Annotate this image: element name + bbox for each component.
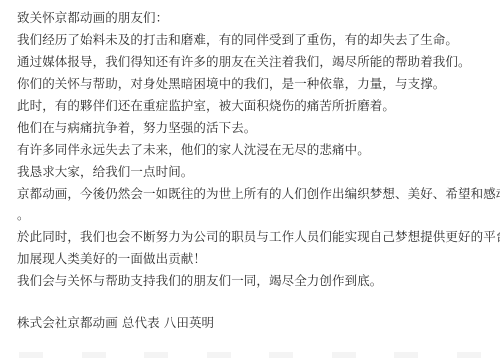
letter: 致关怀京都动画的朋友们： 我们经历了始料未及的打击和磨难，有的同伴受到了重伤，有… xyxy=(0,0,500,360)
letter-line: 我们经历了始料未及的打击和磨难，有的同伴受到了重伤，有的却失去了生命。 xyxy=(17,32,490,48)
letter-line: 加展现人类美好的一面做出贡献！ xyxy=(17,251,490,267)
letter-line: 於此同时，我们也会不断努力为公司的职员与工作人员们能实现自己梦想提供更好的平台，… xyxy=(17,229,490,245)
letter-line: 我们会与关怀与帮助支持我们的朋友们一同，竭尽全力创作到底。 xyxy=(17,273,490,289)
letter-line: 。 xyxy=(17,207,490,223)
letter-line: 京都动画，今後仍然会一如既往的为世上所有的人们创作出编织梦想、美好、希望和感动的… xyxy=(17,186,490,202)
letter-line: 通过媒体报导，我们得知还有许多的朋友在关注着我们，竭尽所能的帮助着我们。 xyxy=(17,54,490,70)
letter-greeting: 致关怀京都动画的朋友们： xyxy=(17,10,490,26)
letter-line: 有许多同伴永远失去了未来，他们的家人沈浸在无尽的悲痛中。 xyxy=(17,142,490,158)
faint-divider xyxy=(0,352,500,360)
letter-line: 他们在与病痛抗争着，努力坚强的活下去。 xyxy=(17,120,490,136)
letter-line: 我恳求大家，给我们一点时间。 xyxy=(17,164,490,180)
letter-line: 你们的关怀与帮助，对身处黑暗困境中的我们，是一种依靠，力量，与支撑。 xyxy=(17,76,490,92)
letter-line: 此时，有的夥伴们还在重症监护室，被大面积烧伤的痛苦所折磨着。 xyxy=(17,98,490,114)
letter-signature: 株式会社京都动画 总代表 八田英明 xyxy=(17,315,490,331)
